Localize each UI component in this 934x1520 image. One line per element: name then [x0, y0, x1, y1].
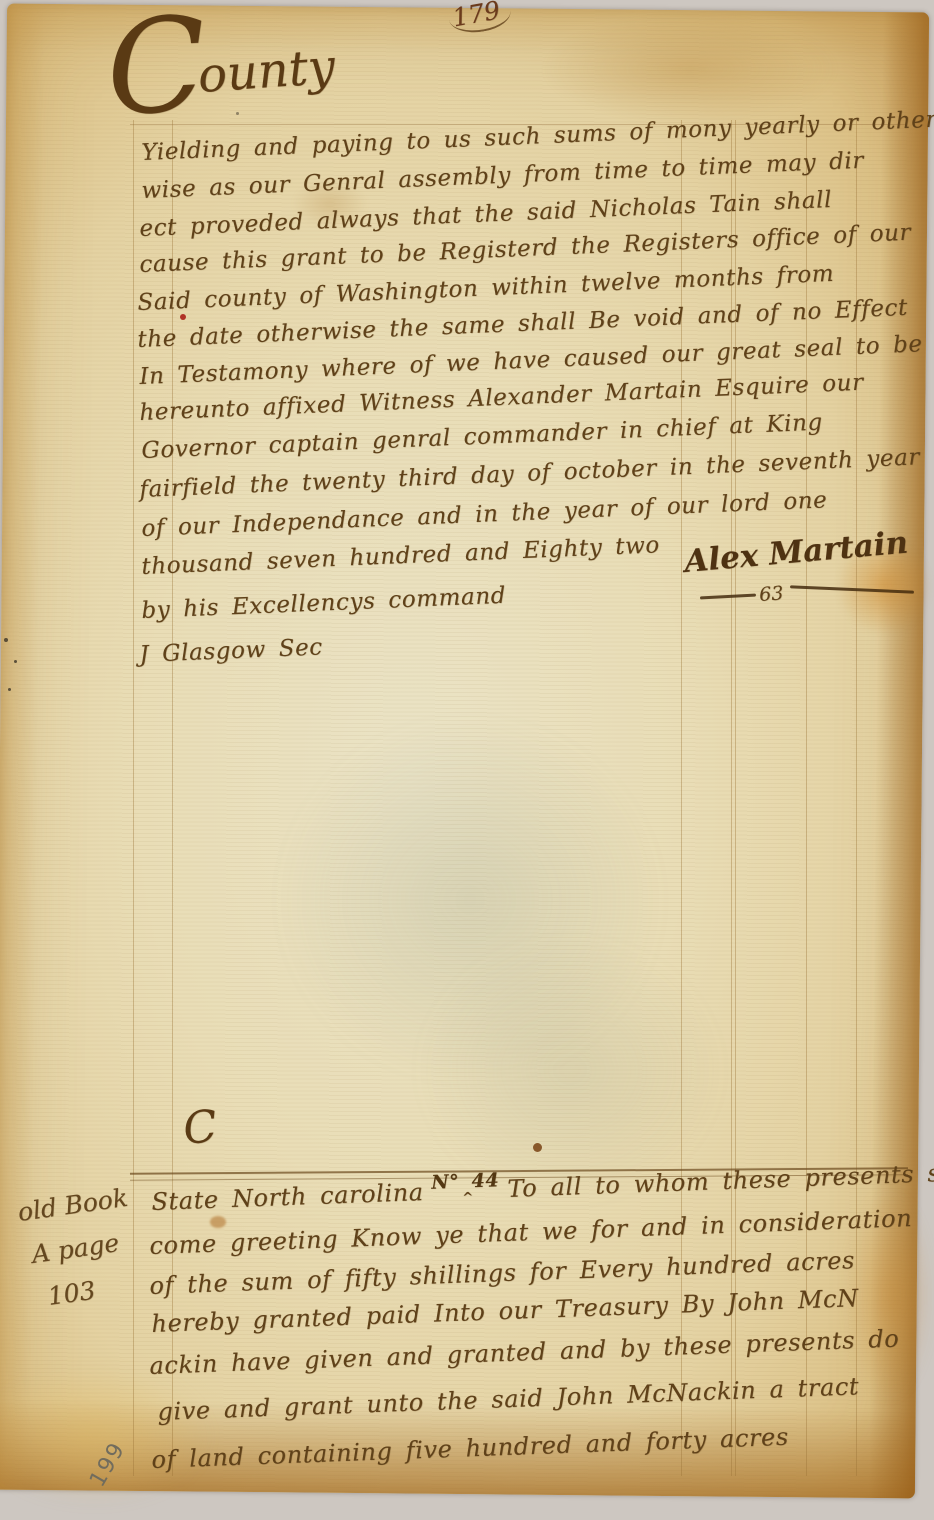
ink-speckle — [4, 638, 8, 642]
ink-speckle — [236, 112, 239, 115]
county-heading-initial: C — [103, 0, 209, 134]
signature-number: 63 — [758, 582, 784, 606]
insertion-caret: ^ — [462, 1190, 474, 1205]
county-heading-rest: ounty — [196, 39, 337, 104]
scanned-ledger-page: 179 C ounty Yielding and paying to us su… — [0, 0, 934, 1520]
ink-speckle — [8, 688, 11, 691]
left-margin-rule-outer — [133, 120, 134, 1476]
section-mark: C — [181, 1101, 220, 1155]
ink-speckle — [14, 660, 17, 663]
grant-number: N° 44^ — [431, 1169, 500, 1193]
column-rule-4 — [856, 120, 857, 1476]
